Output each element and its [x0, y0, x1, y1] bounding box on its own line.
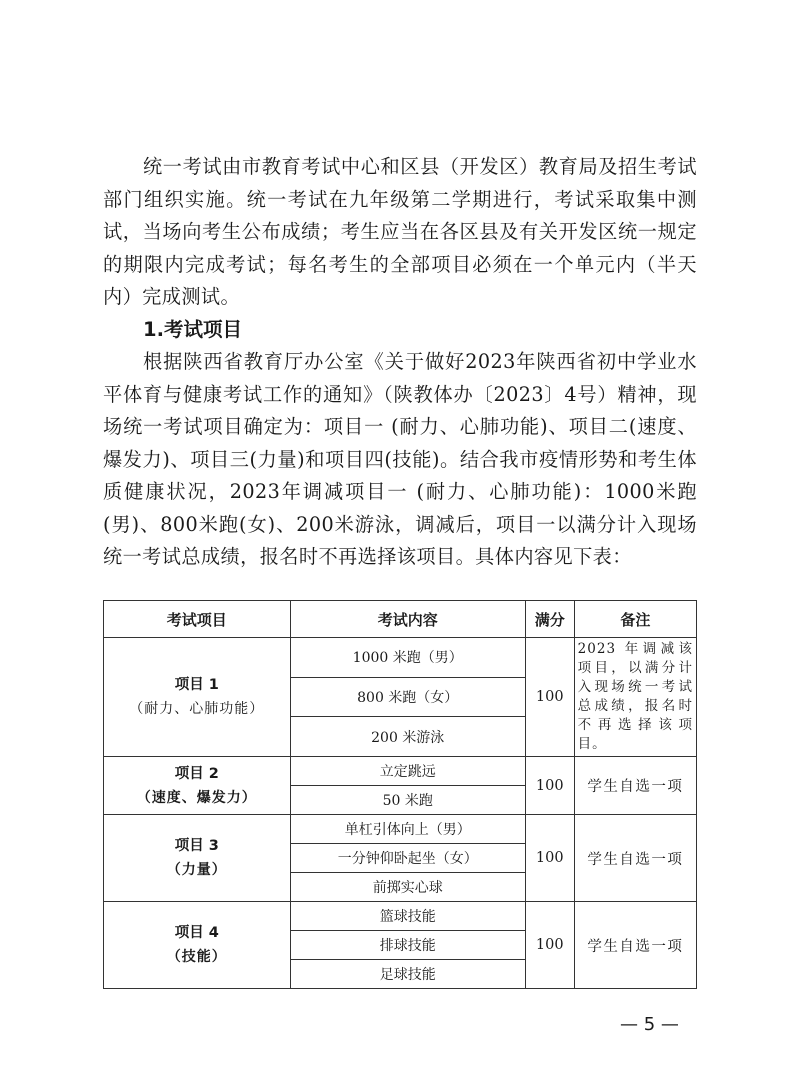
content-cell: 200 米游泳: [290, 717, 525, 757]
header-full-score: 满分: [525, 601, 574, 638]
table-row: 项目 2 （速度、爆发力） 立定跳远 100 学生自选一项: [104, 757, 697, 786]
section-paragraph: 根据陕西省教育厅办公室《关于做好2023年陕西省初中学业水平体育与健康考试工作的…: [103, 346, 697, 574]
content-cell: 50 米跑: [290, 786, 525, 815]
category-title: 项目 3: [104, 834, 290, 858]
category-cell: 项目 2 （速度、爆发力）: [104, 757, 291, 815]
content-cell: 单杠引体向上（男）: [290, 815, 525, 844]
content-cell: 前掷实心球: [290, 873, 525, 902]
content-cell: 排球技能: [290, 931, 525, 960]
header-notes: 备注: [574, 601, 696, 638]
section-heading: 1.考试项目: [143, 314, 242, 346]
header-exam-item: 考试项目: [104, 601, 291, 638]
category-subtitle: （技能）: [104, 945, 290, 969]
category-subtitle: （速度、爆发力）: [104, 786, 290, 810]
page-number: — 5 —: [620, 1014, 679, 1035]
content-cell: 1000 米跑（男）: [290, 638, 525, 678]
content-cell: 篮球技能: [290, 902, 525, 931]
note-cell: 学生自选一项: [574, 902, 696, 989]
exam-items-table: 考试项目 考试内容 满分 备注 项目 1 （耐力、心肺功能） 1000 米跑（男…: [103, 600, 697, 989]
header-exam-content: 考试内容: [290, 601, 525, 638]
category-cell: 项目 4 （技能）: [104, 902, 291, 989]
category-title: 项目 4: [104, 921, 290, 945]
content-cell: 一分钟仰卧起坐（女）: [290, 844, 525, 873]
category-title: 项目 2: [104, 762, 290, 786]
intro-paragraph: 统一考试由市教育考试中心和区县（开发区）教育局及招生考试部门组织实施。统一考试在…: [103, 151, 697, 314]
category-title: 项目 1: [104, 673, 290, 697]
note-cell: 学生自选一项: [574, 815, 696, 902]
score-cell: 100: [525, 638, 574, 757]
score-cell: 100: [525, 815, 574, 902]
table-row: 项目 4 （技能） 篮球技能 100 学生自选一项: [104, 902, 697, 931]
score-cell: 100: [525, 757, 574, 815]
content-cell: 立定跳远: [290, 757, 525, 786]
category-cell: 项目 1 （耐力、心肺功能）: [104, 638, 291, 757]
score-cell: 100: [525, 902, 574, 989]
category-cell: 项目 3 （力量）: [104, 815, 291, 902]
note-cell: 学生自选一项: [574, 757, 696, 815]
note-cell: 2023 年调减该项目，以满分计入现场统一考试总成绩，报名时不再选择该项目。: [574, 638, 696, 757]
table-row: 项目 3 （力量） 单杠引体向上（男） 100 学生自选一项: [104, 815, 697, 844]
table-row: 项目 1 （耐力、心肺功能） 1000 米跑（男） 100 2023 年调减该项…: [104, 638, 697, 678]
table-header-row: 考试项目 考试内容 满分 备注: [104, 601, 697, 638]
content-cell: 800 米跑（女）: [290, 677, 525, 717]
category-subtitle: （耐力、心肺功能）: [104, 697, 290, 721]
category-subtitle: （力量）: [104, 858, 290, 882]
document-page: 统一考试由市教育考试中心和区县（开发区）教育局及招生考试部门组织实施。统一考试在…: [0, 0, 795, 1074]
content-cell: 足球技能: [290, 960, 525, 989]
